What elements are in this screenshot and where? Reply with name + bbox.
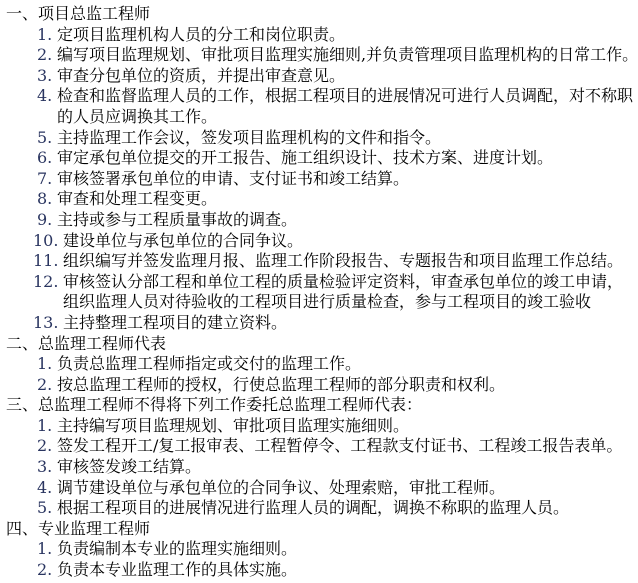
item-line: 签发工程开工/复工报审表、工程暂停令、工程款支付证书、工程竣工报告表单。 xyxy=(57,436,638,457)
item-line: 主持监理工作会议，签发项目监理机构的文件和指令。 xyxy=(57,128,638,149)
item-number: 8. xyxy=(37,189,57,210)
item-number: 1. xyxy=(37,539,57,560)
item-text: 审查和处理工程变更。 xyxy=(57,189,638,210)
item-line: 主持整理工程项目的建立资料。 xyxy=(63,313,638,334)
list-item: 4.调节建设单位与承包单位的合同争议、处理索赔，审批工程师。 xyxy=(37,478,638,499)
item-line: 建设单位与承包单位的合同争议。 xyxy=(63,231,638,252)
item-text: 定项目监理机构人员的分工和岗位职责。 xyxy=(57,25,638,46)
item-number: 3. xyxy=(37,66,57,87)
item-number: 2. xyxy=(37,436,57,457)
list-item: 12.审核签认分部工程和单位工程的质量检验评定资料，审查承包单位的竣工申请，组织… xyxy=(33,272,638,313)
list-item: 2.编写项目监理规划、审批项目监理实施细则,并负责管理项目监理机构的日常工作。 xyxy=(37,45,638,66)
item-text: 主持监理工作会议，签发项目监理机构的文件和指令。 xyxy=(57,128,638,149)
section-heading: 四、专业监理工程师 xyxy=(6,519,638,540)
list-item: 6.审定承包单位提交的开工报告、施工组织设计、技术方案、进度计划。 xyxy=(37,148,638,169)
item-number: 2. xyxy=(37,560,57,581)
item-number: 1. xyxy=(37,354,57,375)
item-line: 根据工程项目的进展情况进行监理人员的调配，调换不称职的监理人员。 xyxy=(57,498,638,519)
item-number: 7. xyxy=(37,169,57,190)
item-text: 检查和监督监理人员的工作，根据工程项目的进展情况可进行人员调配，对不称职的人员应… xyxy=(57,86,638,127)
item-line: 的人员应调换其工作。 xyxy=(57,107,638,128)
item-text: 审核签署承包单位的申请、支付证书和竣工结算。 xyxy=(57,169,638,190)
item-text: 调节建设单位与承包单位的合同争议、处理索赔，审批工程师。 xyxy=(57,478,638,499)
item-number: 11. xyxy=(33,251,63,272)
item-number: 2. xyxy=(37,45,57,66)
item-line: 主持编写项目监理规划、审批项目监理实施细则。 xyxy=(57,416,638,437)
item-line: 审查分包单位的资质，并提出审查意见。 xyxy=(57,66,638,87)
list-item: 13.主持整理工程项目的建立资料。 xyxy=(33,313,638,334)
item-text: 负责总监理工程师指定或交付的监理工作。 xyxy=(57,354,638,375)
document: 一、项目总监工程师1.定项目监理机构人员的分工和岗位职责。2.编写项目监理规划、… xyxy=(0,0,638,581)
item-number: 12. xyxy=(33,272,63,293)
item-line: 审核签认分部工程和单位工程的质量检验评定资料，审查承包单位的竣工申请， xyxy=(63,272,638,293)
item-text: 主持或参与工程质量事故的调查。 xyxy=(57,210,638,231)
item-line: 定项目监理机构人员的分工和岗位职责。 xyxy=(57,25,638,46)
item-line: 组织编写并签发监理月报、监理工作阶段报告、专题报告和项目监理工作总结。 xyxy=(63,251,638,272)
item-line: 审核签署承包单位的申请、支付证书和竣工结算。 xyxy=(57,169,638,190)
item-number: 6. xyxy=(37,148,57,169)
item-text: 根据工程项目的进展情况进行监理人员的调配，调换不称职的监理人员。 xyxy=(57,498,638,519)
item-text: 审定承包单位提交的开工报告、施工组织设计、技术方案、进度计划。 xyxy=(57,148,638,169)
item-line: 编写项目监理规划、审批项目监理实施细则,并负责管理项目监理机构的日常工作。 xyxy=(57,45,638,66)
item-number: 1. xyxy=(37,25,57,46)
list-item: 5.主持监理工作会议，签发项目监理机构的文件和指令。 xyxy=(37,128,638,149)
list-item: 2.负责本专业监理工作的具体实施。 xyxy=(37,560,638,581)
item-text: 负责编制本专业的监理实施细则。 xyxy=(57,539,638,560)
item-text: 编写项目监理规划、审批项目监理实施细则,并负责管理项目监理机构的日常工作。 xyxy=(57,45,638,66)
item-text: 审核签认分部工程和单位工程的质量检验评定资料，审查承包单位的竣工申请，组织监理人… xyxy=(63,272,638,313)
item-number: 5. xyxy=(37,498,57,519)
item-line: 组织监理人员对待验收的工程项目进行质量检查，参与工程项目的竣工验收 xyxy=(63,292,638,313)
item-line: 调节建设单位与承包单位的合同争议、处理索赔，审批工程师。 xyxy=(57,478,638,499)
section-heading: 三、总监理工程师不得将下列工作委托总监理工程师代表： xyxy=(6,395,638,416)
item-line: 审定承包单位提交的开工报告、施工组织设计、技术方案、进度计划。 xyxy=(57,148,638,169)
list-item: 8.审查和处理工程变更。 xyxy=(37,189,638,210)
list-item: 3.审查分包单位的资质，并提出审查意见。 xyxy=(37,66,638,87)
item-line: 负责本专业监理工作的具体实施。 xyxy=(57,560,638,581)
list-item: 2.按总监理工程师的授权，行使总监理工程师的部分职责和权利。 xyxy=(37,375,638,396)
list-item: 1.主持编写项目监理规划、审批项目监理实施细则。 xyxy=(37,416,638,437)
item-line: 审查和处理工程变更。 xyxy=(57,189,638,210)
item-line: 审核签发竣工结算。 xyxy=(57,457,638,478)
list-item: 5.根据工程项目的进展情况进行监理人员的调配，调换不称职的监理人员。 xyxy=(37,498,638,519)
item-number: 3. xyxy=(37,457,57,478)
item-line: 按总监理工程师的授权，行使总监理工程师的部分职责和权利。 xyxy=(57,375,638,396)
item-line: 负责总监理工程师指定或交付的监理工作。 xyxy=(57,354,638,375)
list-item: 10.建设单位与承包单位的合同争议。 xyxy=(33,231,638,252)
item-text: 负责本专业监理工作的具体实施。 xyxy=(57,560,638,581)
item-line: 检查和监督监理人员的工作，根据工程项目的进展情况可进行人员调配，对不称职 xyxy=(57,86,638,107)
list-item: 4.检查和监督监理人员的工作，根据工程项目的进展情况可进行人员调配，对不称职的人… xyxy=(37,86,638,127)
list-item: 11.组织编写并签发监理月报、监理工作阶段报告、专题报告和项目监理工作总结。 xyxy=(33,251,638,272)
item-number: 13. xyxy=(33,313,63,334)
item-number: 1. xyxy=(37,416,57,437)
item-number: 10. xyxy=(33,231,63,252)
item-line: 主持或参与工程质量事故的调查。 xyxy=(57,210,638,231)
item-line: 负责编制本专业的监理实施细则。 xyxy=(57,539,638,560)
list-item: 1.负责总监理工程师指定或交付的监理工作。 xyxy=(37,354,638,375)
item-text: 审核签发竣工结算。 xyxy=(57,457,638,478)
section-heading: 二、总监理工程师代表 xyxy=(6,334,638,355)
item-number: 4. xyxy=(37,478,57,499)
list-item: 9.主持或参与工程质量事故的调查。 xyxy=(37,210,638,231)
item-text: 主持整理工程项目的建立资料。 xyxy=(63,313,638,334)
item-text: 主持编写项目监理规划、审批项目监理实施细则。 xyxy=(57,416,638,437)
item-number: 5. xyxy=(37,128,57,149)
item-text: 签发工程开工/复工报审表、工程暂停令、工程款支付证书、工程竣工报告表单。 xyxy=(57,436,638,457)
item-text: 组织编写并签发监理月报、监理工作阶段报告、专题报告和项目监理工作总结。 xyxy=(63,251,638,272)
list-item: 3.审核签发竣工结算。 xyxy=(37,457,638,478)
item-number: 2. xyxy=(37,375,57,396)
item-number: 4. xyxy=(37,86,57,107)
section-heading: 一、项目总监工程师 xyxy=(6,4,638,25)
item-text: 按总监理工程师的授权，行使总监理工程师的部分职责和权利。 xyxy=(57,375,638,396)
list-item: 7.审核签署承包单位的申请、支付证书和竣工结算。 xyxy=(37,169,638,190)
list-item: 1.定项目监理机构人员的分工和岗位职责。 xyxy=(37,25,638,46)
list-item: 2.签发工程开工/复工报审表、工程暂停令、工程款支付证书、工程竣工报告表单。 xyxy=(37,436,638,457)
item-text: 建设单位与承包单位的合同争议。 xyxy=(63,231,638,252)
item-number: 9. xyxy=(37,210,57,231)
list-item: 1.负责编制本专业的监理实施细则。 xyxy=(37,539,638,560)
item-text: 审查分包单位的资质，并提出审查意见。 xyxy=(57,66,638,87)
